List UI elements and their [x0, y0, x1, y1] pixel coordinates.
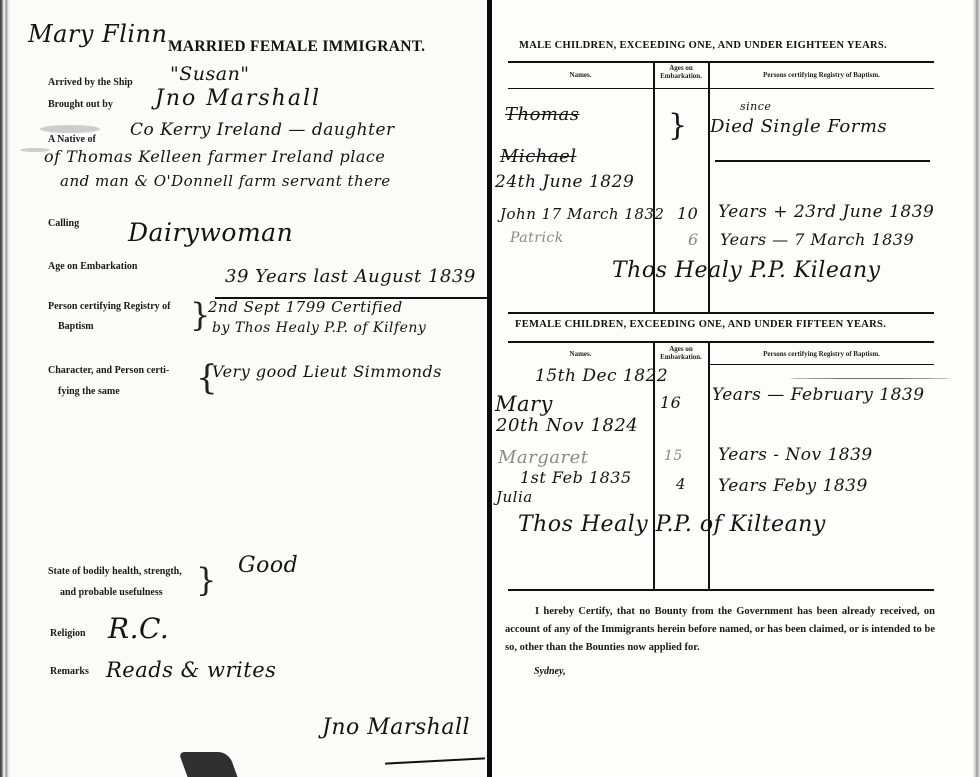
- baptism-label-line1: Person certifying Registry of: [48, 301, 170, 312]
- female-row-certifier: Years — February 1839: [712, 385, 925, 405]
- male-row-age-brace: }: [668, 108, 688, 143]
- male-row-age: 10: [677, 204, 698, 223]
- remarks-value: Reads & writes: [106, 658, 276, 682]
- male-certifier-signature: Thos Healy P.P. Kileany: [612, 258, 881, 283]
- female-col-certifier: Persons certifying Registry of Baptism.: [709, 350, 934, 358]
- immigrant-name-handwritten: Mary Flinn: [28, 20, 167, 48]
- female-certifier-signature: Thos Healy P.P. of Kilteany: [518, 512, 826, 537]
- book-spine: [487, 0, 492, 777]
- character-label-line2: fying the same: [58, 386, 120, 397]
- male-row-name: Thomas: [505, 104, 579, 125]
- religion-label: Religion: [50, 628, 86, 639]
- age-value: 39 Years last August 1839: [225, 266, 476, 287]
- female-row-age: 15: [664, 448, 683, 464]
- left-page-edge: [0, 0, 10, 777]
- native-of-value-line3: and man & O'Donnell farm servant there: [60, 172, 391, 190]
- female-row-name: Julia: [496, 488, 533, 506]
- female-table-header-rule: [708, 364, 934, 365]
- male-certifier-strike-rule: [715, 160, 930, 162]
- character-value: Very good Lieut Simmonds: [212, 362, 442, 381]
- female-table-rule: [508, 341, 934, 343]
- health-label-line1: State of bodily health, strength,: [48, 566, 182, 577]
- health-label-line2: and probable usefulness: [60, 587, 163, 598]
- baptism-value-line2: by Thos Healy P.P. of Kilfeny: [212, 320, 426, 336]
- age-label: Age on Embarkation: [48, 261, 137, 272]
- male-table-header-rule: [508, 88, 934, 89]
- female-row-name: Mary: [495, 392, 553, 416]
- male-col-ages: Ages on Embarkation.: [654, 64, 708, 80]
- female-children-title: FEMALE CHILDREN, EXCEEDING ONE, AND UNDE…: [515, 319, 886, 330]
- calling-value: Dairywoman: [128, 218, 293, 247]
- male-col-certifier: Persons certifying Registry of Baptism.: [709, 71, 934, 79]
- brace-icon: }: [196, 561, 216, 599]
- female-row-certifier: Years - Nov 1839: [718, 445, 873, 465]
- female-col-names: Names.: [508, 350, 653, 358]
- baptism-value-line1: 2nd Sept 1799 Certified: [208, 298, 403, 316]
- female-table-bottom-rule: [508, 589, 934, 591]
- male-children-title: MALE CHILDREN, EXCEEDING ONE, AND UNDER …: [519, 40, 887, 51]
- male-col-names: Names.: [508, 71, 653, 79]
- male-row-note: since: [740, 100, 771, 113]
- female-col-divider-2: [708, 342, 710, 590]
- female-row-name: 1st Feb 1835: [520, 468, 632, 487]
- signature-handwritten: Jno Marshall: [322, 715, 470, 740]
- health-value: Good: [238, 553, 298, 578]
- certification-place: Sydney,: [534, 666, 566, 677]
- certification-text: I hereby Certify, that no Bounty from th…: [505, 606, 935, 653]
- religion-value: R.C.: [108, 612, 169, 645]
- page-title: MARRIED FEMALE IMMIGRANT.: [168, 38, 425, 56]
- male-row-certifier: Died Single Forms: [710, 116, 887, 137]
- female-row-age: 16: [660, 393, 681, 412]
- brought-out-by-value: Jno Marshall: [155, 86, 321, 111]
- ship-label: Arrived by the Ship: [48, 77, 133, 88]
- character-label-line1: Character, and Person certi-: [48, 365, 169, 376]
- male-row-name: 24th June 1829: [495, 172, 634, 192]
- ship-value: "Susan": [170, 63, 250, 85]
- male-table-top-rule: [508, 61, 934, 63]
- native-of-label: A Native of: [48, 134, 96, 145]
- male-row-name: John 17 March 1832: [500, 205, 664, 223]
- female-col-ages: Ages on Embarkation.: [654, 345, 708, 361]
- male-row-certifier: Years + 23rd June 1839: [718, 202, 934, 222]
- male-row-age: 6: [688, 230, 699, 249]
- brought-out-by-label: Brought out by: [48, 99, 113, 110]
- ink-blot: [178, 752, 237, 777]
- baptism-label-line2: Baptism: [58, 321, 94, 332]
- female-row-name: 20th Nov 1824: [496, 415, 638, 436]
- male-row-name: Patrick: [510, 230, 564, 246]
- female-row-name: 15th Dec 1822: [535, 366, 668, 386]
- bounty-certification: I hereby Certify, that no Bounty from th…: [505, 603, 935, 657]
- female-row-name: Margaret: [498, 447, 589, 468]
- male-row-name: Michael: [500, 146, 577, 167]
- male-row-certifier: Years — 7 March 1839: [720, 230, 914, 249]
- native-of-value-line1: Co Kerry Ireland — daughter: [130, 120, 395, 140]
- female-table-top-rule: [508, 312, 934, 314]
- native-of-value-line2: of Thomas Kelleen farmer Ireland place: [44, 147, 385, 166]
- female-flourish: [790, 378, 950, 379]
- female-row-age: 4: [676, 475, 686, 493]
- right-page-edge: [972, 0, 980, 777]
- paper-smudge: [40, 125, 100, 133]
- remarks-label: Remarks: [50, 666, 89, 677]
- female-row-certifier: Years Feby 1839: [718, 476, 868, 496]
- calling-label: Calling: [48, 218, 79, 229]
